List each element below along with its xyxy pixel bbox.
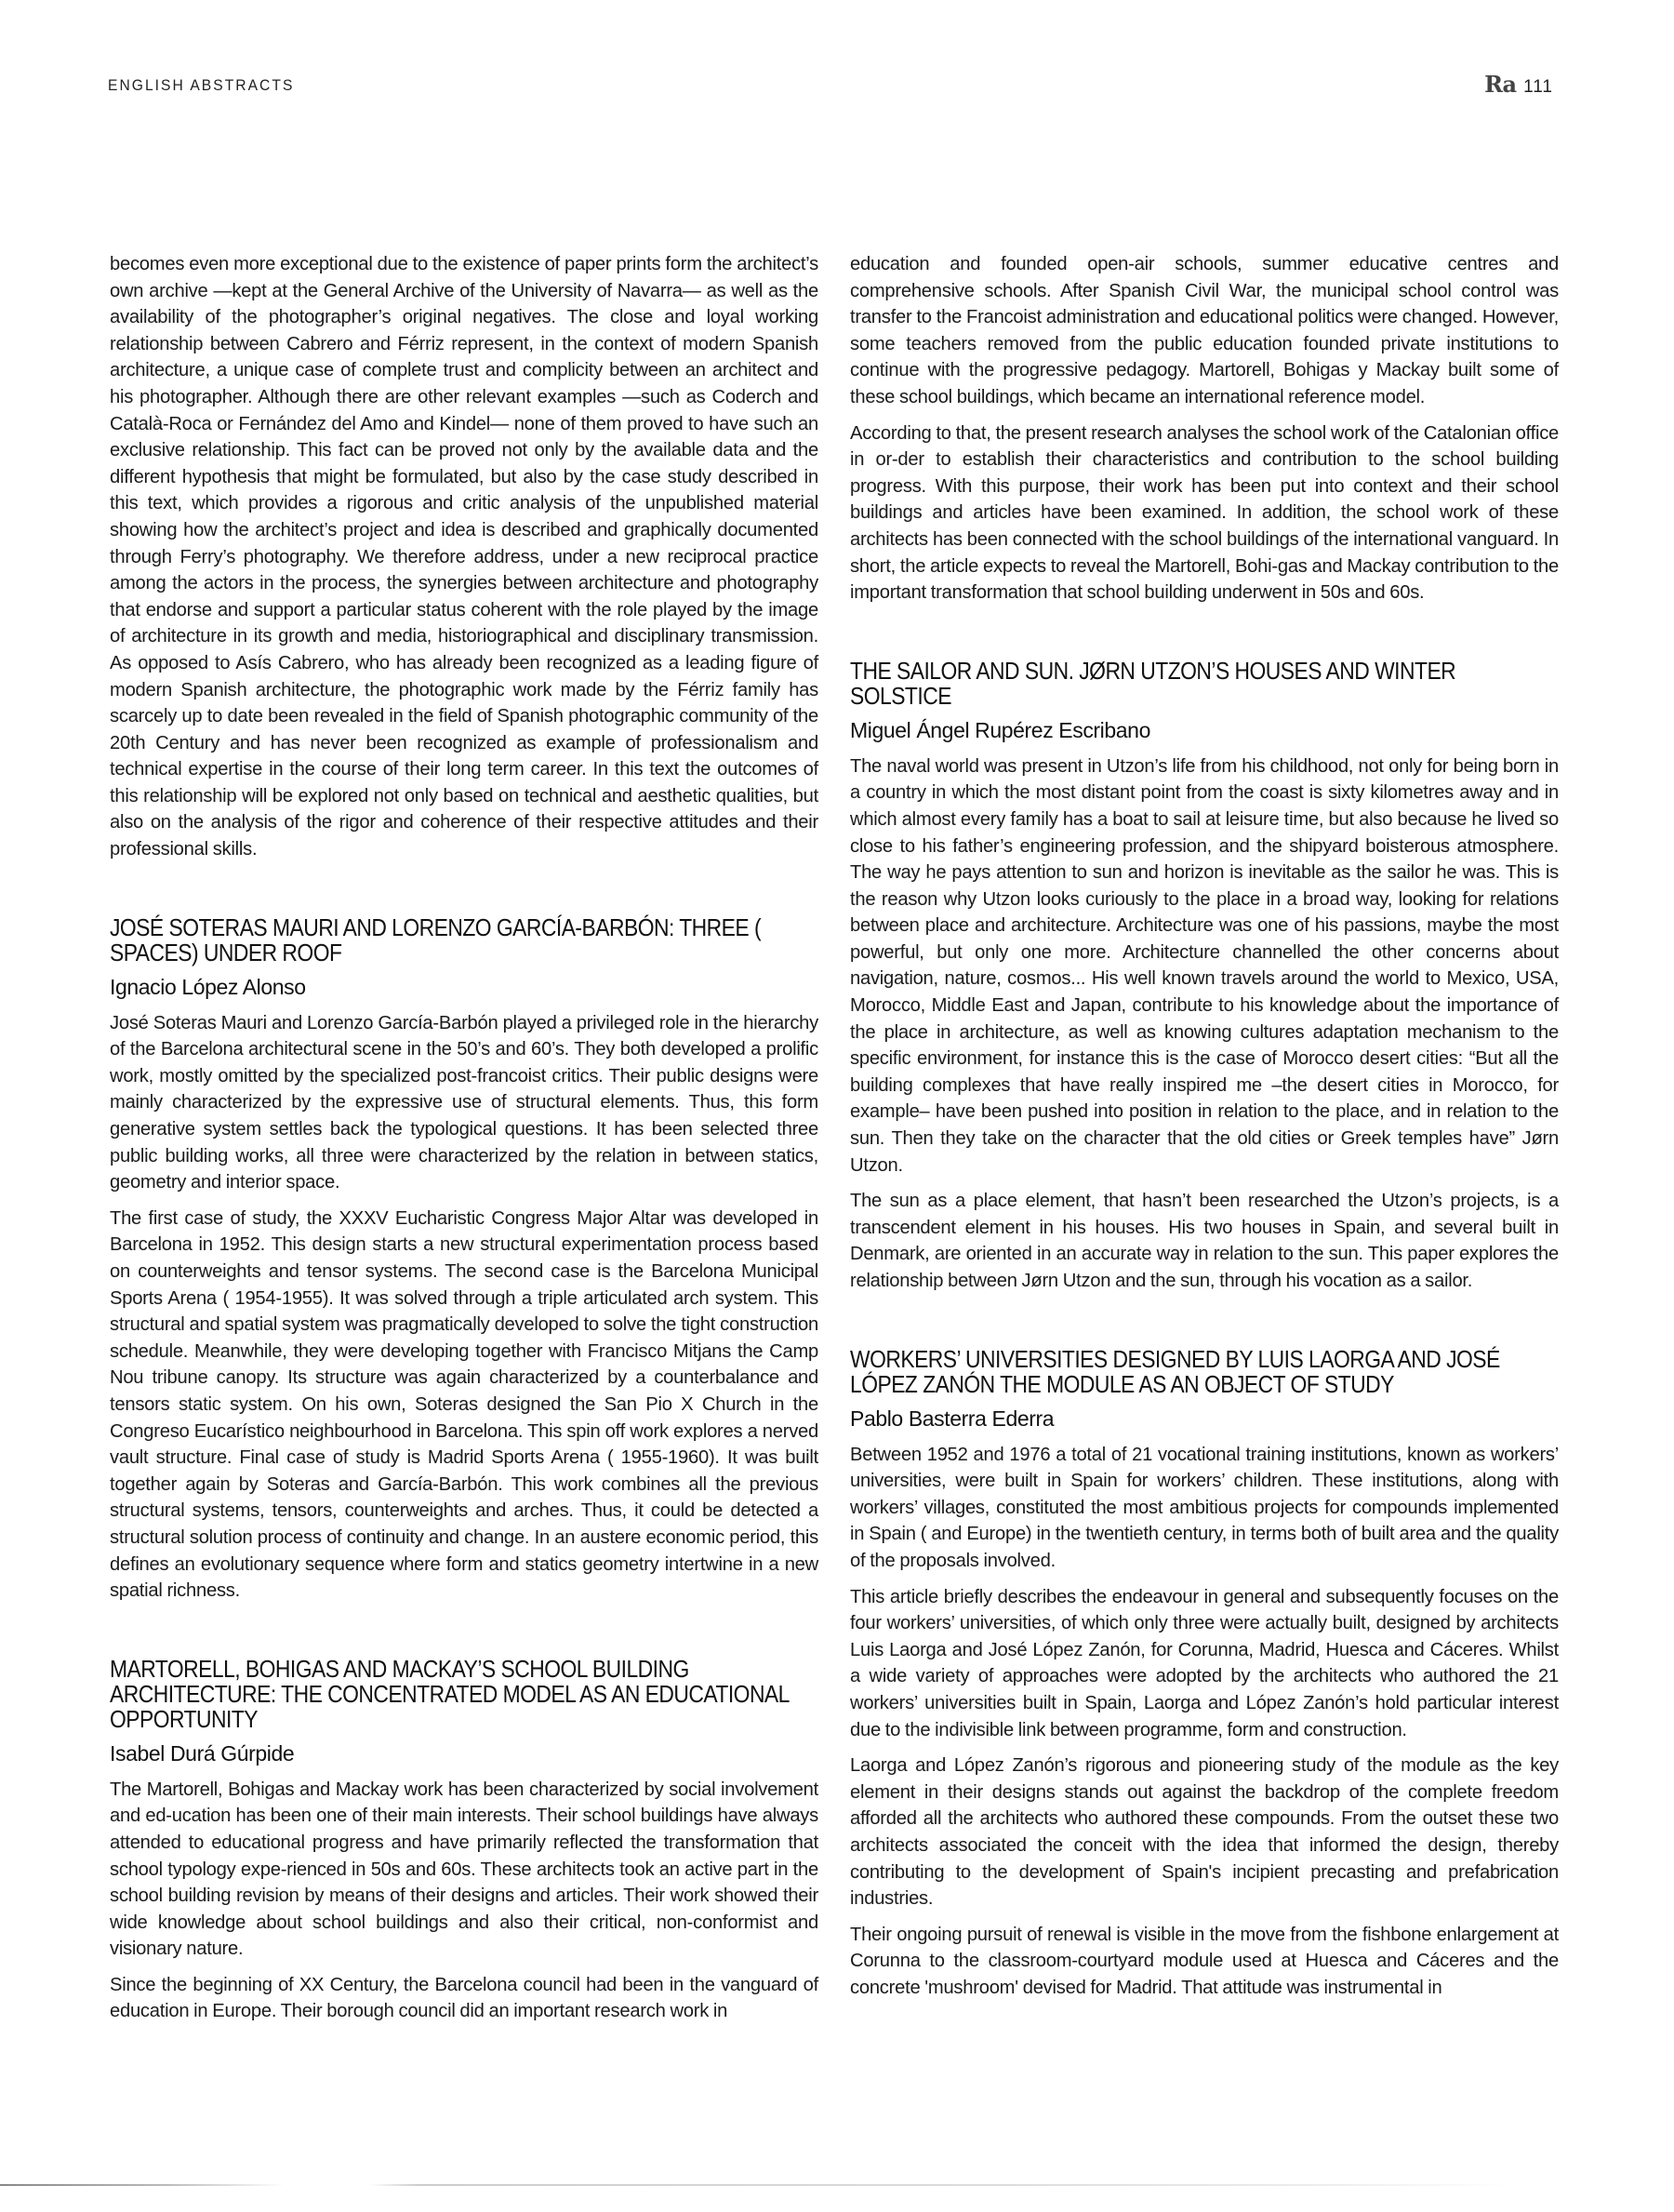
right-column: education and founded open-air schools, … <box>850 251 1559 2010</box>
article-workers-universities: WORKERS’ UNIVERSITIES DESIGNED BY LUIS L… <box>850 1347 1559 2002</box>
article-author: Pablo Basterra Ederra <box>850 1405 1559 1432</box>
article-continuation-martorell: education and founded open-air schools, … <box>850 251 1559 606</box>
page-number: 111 <box>1523 77 1553 98</box>
article-title: THE SAILOR AND SUN. JØRN UTZON’S HOUSES … <box>850 659 1561 709</box>
article-soteras-garcia-barbon: JOSÉ SOTERAS MAURI AND LORENZO GARCÍA-BA… <box>110 915 818 1605</box>
paragraph: According to that, the present research … <box>850 420 1559 606</box>
scan-edge-divider <box>0 2184 1674 2186</box>
article-author: Miguel Ángel Rupérez Escribano <box>850 716 1559 744</box>
paragraph: The first case of study, the XXXV Euchar… <box>110 1206 818 1605</box>
running-head-section-label: ENGLISH ABSTRACTS <box>108 76 294 95</box>
article-martorell-bohigas-mackay: MARTORELL, BOHIGAS AND MACKAY’S SCHOOL B… <box>110 1657 818 2025</box>
paragraph: The Martorell, Bohigas and Mackay work h… <box>110 1777 818 1963</box>
paragraph: This article briefly describes the endea… <box>850 1584 1559 1744</box>
paragraph: Between 1952 and 1976 a total of 21 voca… <box>850 1442 1559 1575</box>
paragraph: Laorga and López Zanón’s rigorous and pi… <box>850 1752 1559 1912</box>
folio: Ra 111 <box>1484 71 1553 98</box>
left-column: becomes even more exceptional due to the… <box>110 251 818 2034</box>
article-sailor-and-sun: THE SAILOR AND SUN. JØRN UTZON’S HOUSES … <box>850 659 1559 1295</box>
journal-logo: Ra <box>1484 71 1516 98</box>
paragraph: José Soteras Mauri and Lorenzo García-Ba… <box>110 1010 818 1196</box>
article-title: WORKERS’ UNIVERSITIES DESIGNED BY LUIS L… <box>850 1347 1561 1397</box>
article-title: MARTORELL, BOHIGAS AND MACKAY’S SCHOOL B… <box>110 1657 820 1732</box>
paragraph: education and founded open-air schools, … <box>850 251 1559 411</box>
article-continuation: becomes even more exceptional due to the… <box>110 251 818 863</box>
paragraph: Since the beginning of XX Century, the B… <box>110 1972 818 2025</box>
article-title: JOSÉ SOTERAS MAURI AND LORENZO GARCÍA-BA… <box>110 915 820 966</box>
paragraph: becomes even more exceptional due to the… <box>110 251 818 863</box>
article-author: Ignacio López Alonso <box>110 973 818 1001</box>
paragraph: The sun as a place element, that hasn’t … <box>850 1188 1559 1294</box>
paragraph: Their ongoing pursuit of renewal is visi… <box>850 1922 1559 2002</box>
article-author: Isabel Durá Gúrpide <box>110 1739 818 1767</box>
paragraph: The naval world was present in Utzon’s l… <box>850 753 1559 1179</box>
